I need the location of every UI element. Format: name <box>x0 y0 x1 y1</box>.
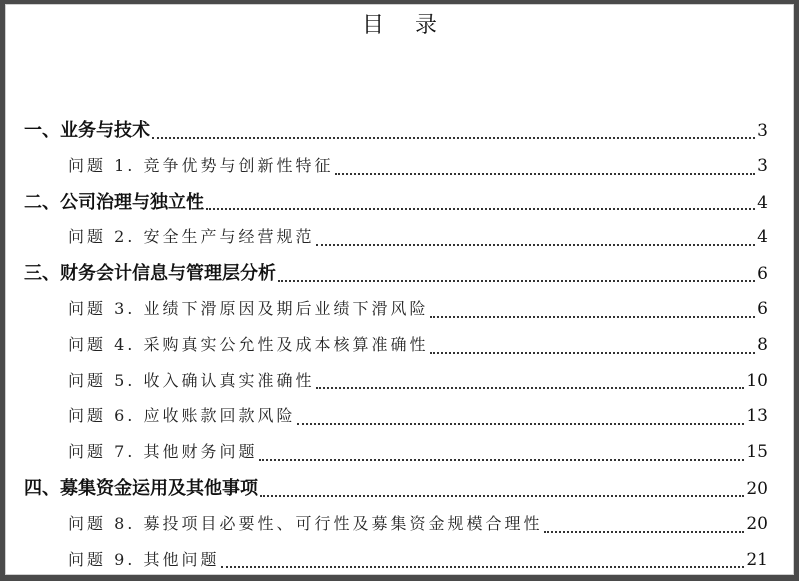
toc-title: 目 录 <box>5 8 794 39</box>
toc-entry-label: 一、业务与技术 <box>24 116 150 142</box>
toc-page-number: 6 <box>757 264 768 284</box>
toc-entry-section-1[interactable]: 一、业务与技术 3 <box>5 112 794 148</box>
toc-entry-question-2[interactable]: 问题 2. 安全生产与经营规范 4 <box>5 219 794 255</box>
toc-entry-section-2[interactable]: 二、公司治理与独立性 4 <box>5 184 794 220</box>
dot-leader <box>430 315 755 318</box>
toc-entry-label: 问题 3. 业绩下滑原因及期后业绩下滑风险 <box>68 296 428 319</box>
dot-leader <box>316 243 755 246</box>
toc-page-number: 21 <box>746 550 768 570</box>
toc-entry-label: 四、募集资金运用及其他事项 <box>24 474 258 500</box>
toc-page-number: 6 <box>757 299 768 319</box>
toc-entry-label: 问题 7. 其他财务问题 <box>68 439 257 462</box>
dot-leader <box>297 422 744 425</box>
dot-leader <box>316 386 744 389</box>
toc-entry-question-7[interactable]: 问题 7. 其他财务问题 15 <box>5 434 794 470</box>
toc-entry-label: 问题 2. 安全生产与经营规范 <box>68 224 314 247</box>
toc-page-number: 13 <box>746 406 768 426</box>
toc-page-number: 8 <box>757 335 768 355</box>
dot-leader <box>544 530 744 533</box>
dot-leader <box>206 207 755 210</box>
toc-entry-question-1[interactable]: 问题 1. 竞争优势与创新性特征 3 <box>5 148 794 184</box>
toc-entry-label: 三、财务会计信息与管理层分析 <box>24 259 276 285</box>
toc-page-number: 4 <box>757 227 768 247</box>
toc-entry-question-9[interactable]: 问题 9. 其他问题 21 <box>5 542 794 578</box>
toc-entry-label: 问题 4. 采购真实公允性及成本核算准确性 <box>68 332 428 355</box>
toc-page-number: 10 <box>746 371 768 391</box>
toc-entry-label: 问题 5. 收入确认真实准确性 <box>68 368 314 391</box>
dot-leader <box>221 565 744 568</box>
toc-entry-label: 问题 6. 应收账款回款风险 <box>68 403 295 426</box>
toc-entry-question-8[interactable]: 问题 8. 募投项目必要性、可行性及募集资金规模合理性 20 <box>5 506 794 542</box>
toc-page-number: 3 <box>757 121 768 141</box>
toc-page-number: 20 <box>746 479 768 499</box>
toc-entry-section-3[interactable]: 三、财务会计信息与管理层分析 6 <box>5 255 794 291</box>
toc-page-number: 4 <box>757 193 768 213</box>
toc-entry-label: 问题 8. 募投项目必要性、可行性及募集资金规模合理性 <box>68 511 542 534</box>
table-of-contents: 一、业务与技术 3 问题 1. 竞争优势与创新性特征 3 二、公司治理与独立性 … <box>5 112 794 577</box>
dot-leader <box>278 279 755 282</box>
toc-entry-section-4[interactable]: 四、募集资金运用及其他事项 20 <box>5 470 794 506</box>
dot-leader <box>260 494 744 497</box>
dot-leader <box>430 351 755 354</box>
document-page: 目 录 一、业务与技术 3 问题 1. 竞争优势与创新性特征 3 二、公司治理与… <box>5 4 794 575</box>
toc-entry-question-5[interactable]: 问题 5. 收入确认真实准确性 10 <box>5 363 794 399</box>
toc-page-number: 3 <box>757 156 768 176</box>
toc-entry-label: 问题 9. 其他问题 <box>68 547 219 570</box>
toc-entry-question-4[interactable]: 问题 4. 采购真实公允性及成本核算准确性 8 <box>5 327 794 363</box>
toc-entry-label: 问题 1. 竞争优势与创新性特征 <box>68 153 333 176</box>
dot-leader <box>335 172 755 175</box>
toc-page-number: 15 <box>746 442 768 462</box>
toc-entry-question-3[interactable]: 问题 3. 业绩下滑原因及期后业绩下滑风险 6 <box>5 291 794 327</box>
toc-entry-label: 二、公司治理与独立性 <box>24 188 204 214</box>
toc-entry-question-6[interactable]: 问题 6. 应收账款回款风险 13 <box>5 398 794 434</box>
toc-page-number: 20 <box>746 514 768 534</box>
dot-leader <box>259 458 744 461</box>
dot-leader <box>152 136 755 139</box>
